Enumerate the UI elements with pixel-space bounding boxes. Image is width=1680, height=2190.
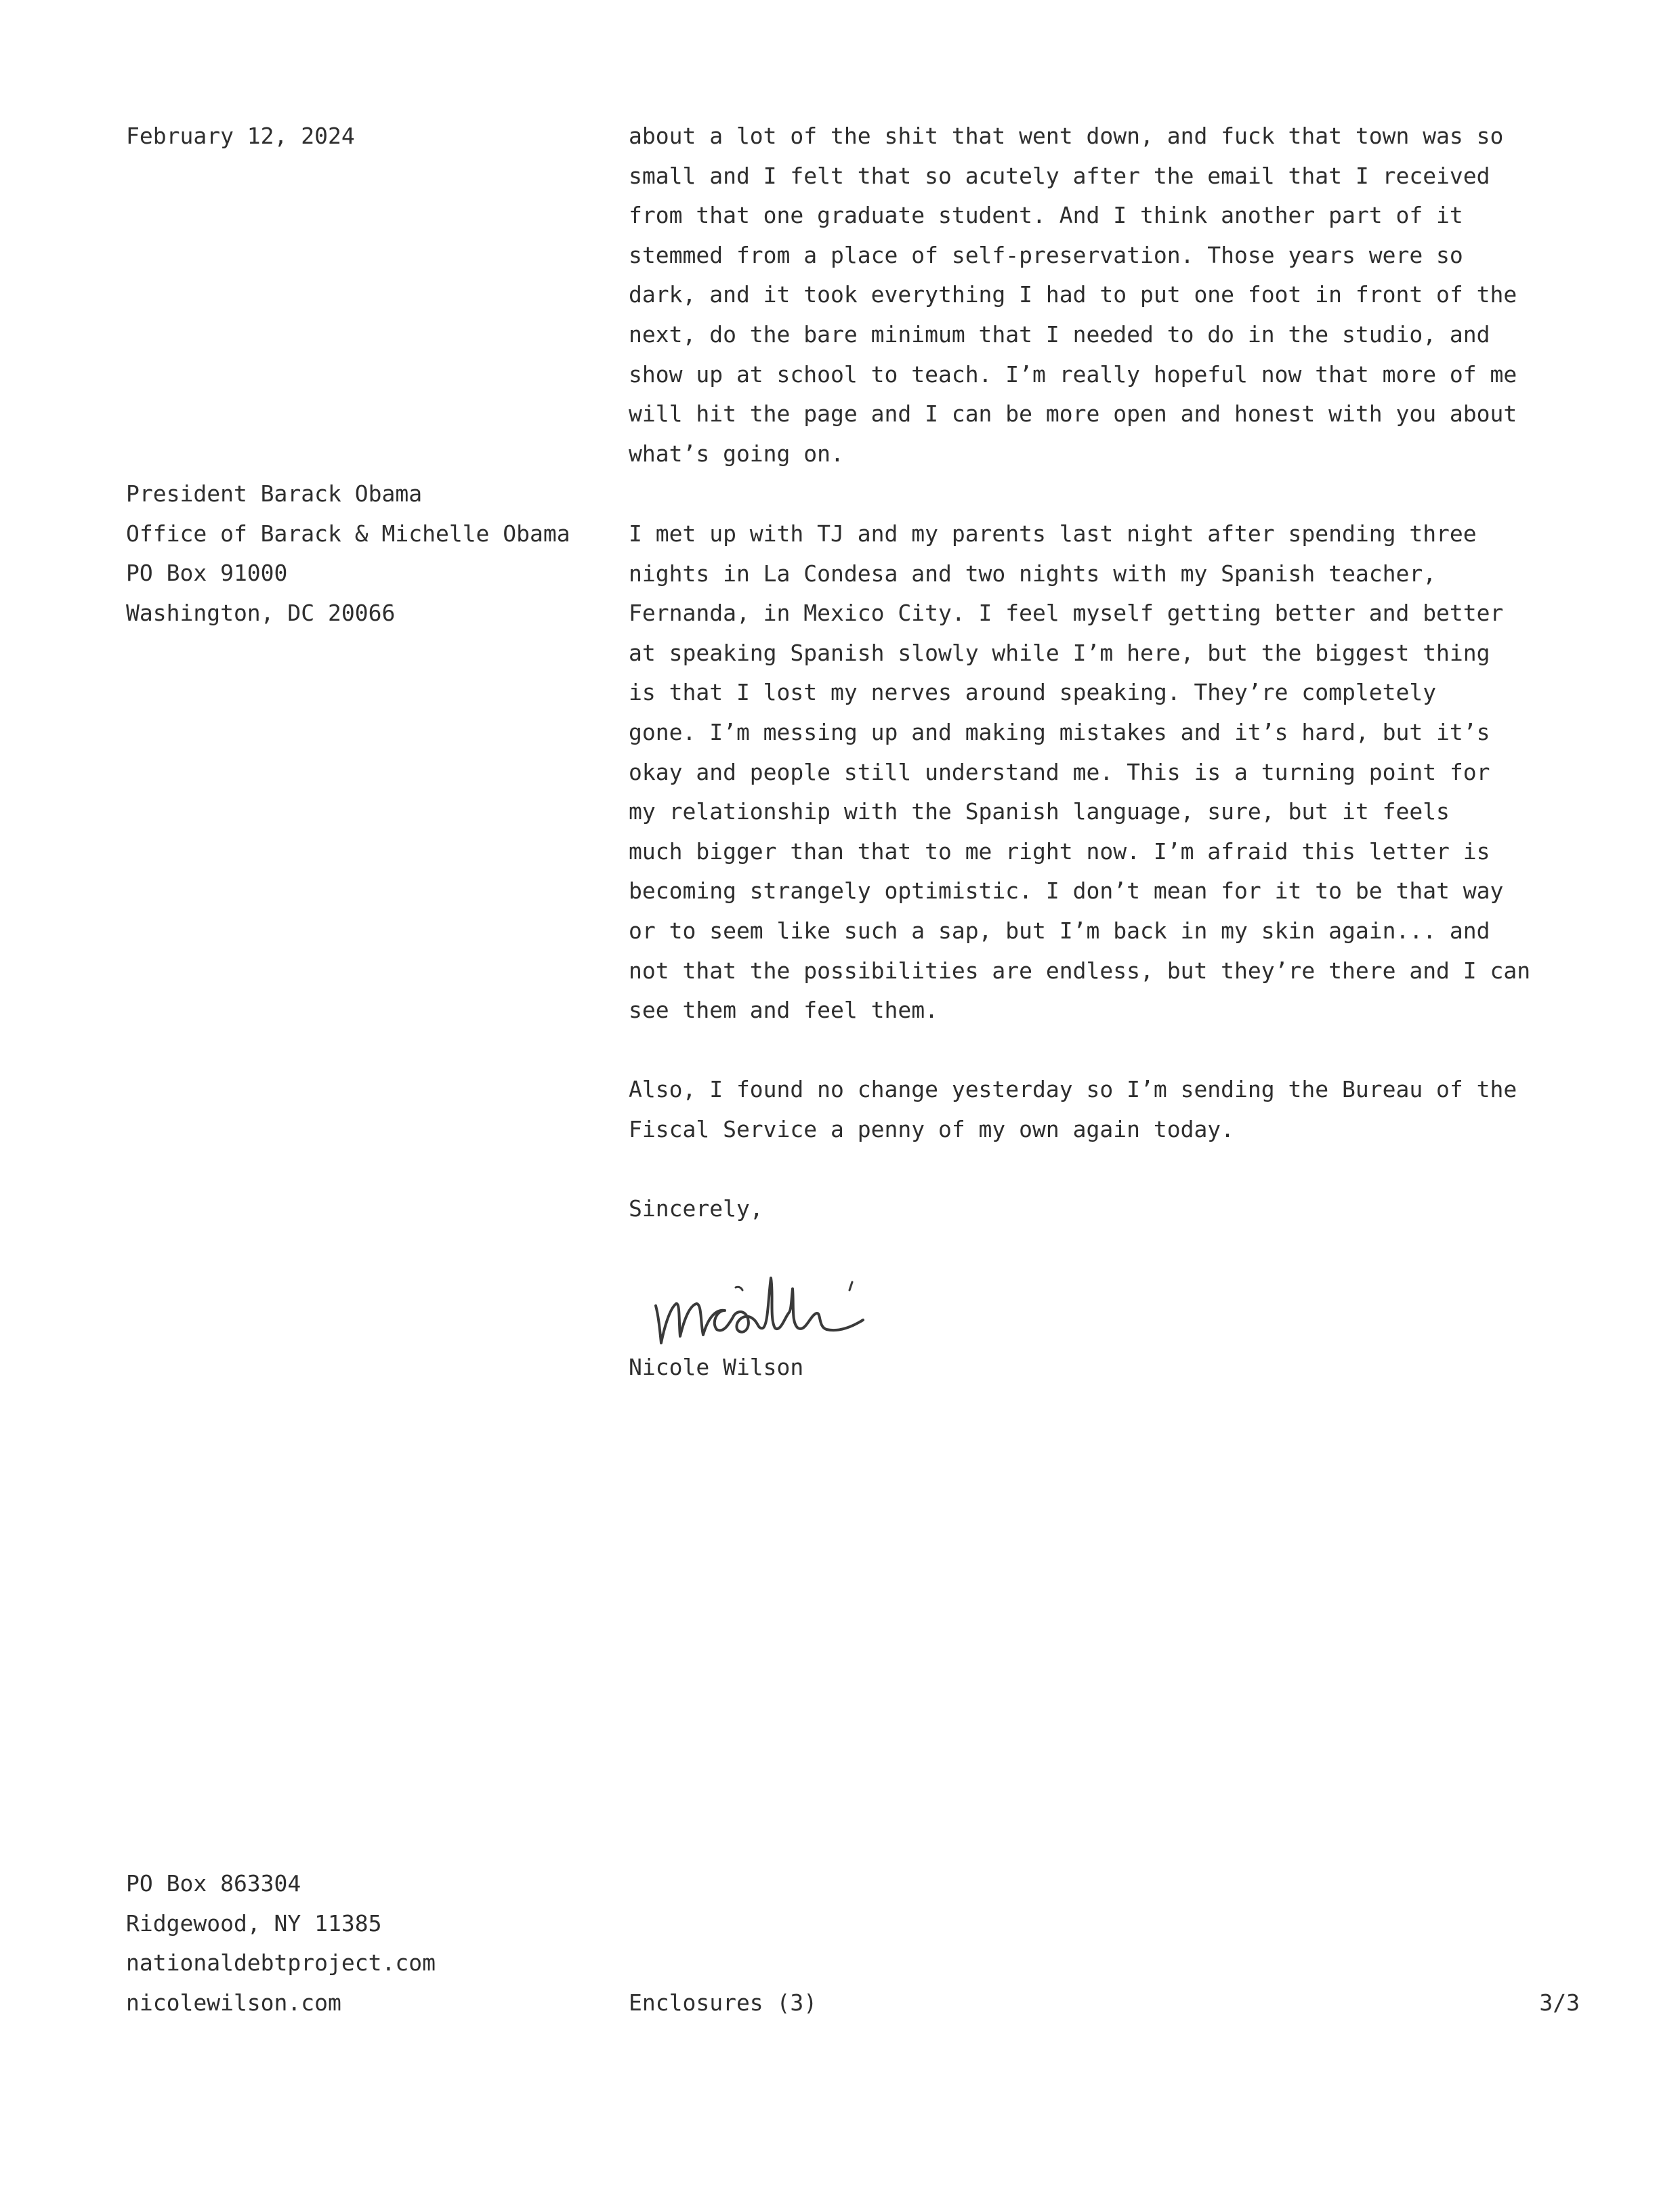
recipient-name: President Barack Obama	[126, 474, 600, 514]
recipient-address: President Barack Obama Office of Barack …	[126, 474, 600, 633]
sender-website-1: nationaldebtproject.com	[126, 1943, 600, 1983]
body-line: my relationship with the Spanish languag…	[629, 792, 1591, 832]
body-line: okay and people still understand me. Thi…	[629, 753, 1591, 793]
body-line: nights in La Condesa and two nights with…	[629, 554, 1591, 594]
body-line: stemmed from a place of self-preservatio…	[629, 236, 1591, 276]
sender-po-box: PO Box 863304	[126, 1864, 600, 1904]
body-line: about a lot of the shit that went down, …	[629, 117, 1591, 157]
body-line: show up at school to teach. I’m really h…	[629, 355, 1591, 395]
body-line: what’s going on.	[629, 434, 1591, 474]
body-line: small and I felt that so acutely after t…	[629, 157, 1591, 197]
body-line: gone. I’m messing up and making mistakes…	[629, 713, 1591, 753]
body-line: much bigger than that to me right now. I…	[629, 832, 1591, 872]
recipient-city: Washington, DC 20066	[126, 594, 600, 634]
body-paragraph-1: about a lot of the shit that went down, …	[629, 117, 1591, 474]
letter-closing: Sincerely,	[629, 1189, 1591, 1229]
body-line: see them and feel them.	[629, 991, 1591, 1031]
body-paragraph-2: I met up with TJ and my parents last nig…	[629, 514, 1591, 1031]
body-line: dark, and it took everything I had to pu…	[629, 275, 1591, 315]
body-line: Fernanda, in Mexico City. I feel myself …	[629, 594, 1591, 634]
recipient-po-box: PO Box 91000	[126, 554, 600, 594]
signature-icon	[649, 1248, 961, 1357]
enclosures-note: Enclosures (3)	[629, 1983, 817, 2023]
body-line: next, do the bare minimum that I needed …	[629, 315, 1591, 355]
sender-city: Ridgewood, NY 11385	[126, 1904, 600, 1944]
signer-block: Nicole Wilson	[629, 1348, 1591, 1388]
body-line: Fiscal Service a penny of my own again t…	[629, 1110, 1591, 1150]
body-line: or to seem like such a sap, but I’m back…	[629, 911, 1591, 951]
sender-address: PO Box 863304 Ridgewood, NY 11385 nation…	[126, 1864, 600, 2023]
body-line: at speaking Spanish slowly while I’m her…	[629, 634, 1591, 674]
body-line: I met up with TJ and my parents last nig…	[629, 514, 1591, 554]
closing-text: Sincerely,	[629, 1189, 1591, 1229]
page-number: 3/3	[1539, 1983, 1580, 2023]
letter-date: February 12, 2024	[126, 117, 600, 157]
body-paragraph-3: Also, I found no change yesterday so I’m…	[629, 1070, 1591, 1149]
body-line: not that the possibilities are endless, …	[629, 951, 1591, 991]
body-line: from that one graduate student. And I th…	[629, 196, 1591, 236]
recipient-office: Office of Barack & Michelle Obama	[126, 514, 600, 554]
body-line: Also, I found no change yesterday so I’m…	[629, 1070, 1591, 1110]
body-line: is that I lost my nerves around speaking…	[629, 673, 1591, 713]
sender-website-2: nicolewilson.com	[126, 1983, 600, 2023]
body-line: will hit the page and I can be more open…	[629, 394, 1591, 434]
body-line: becoming strangely optimistic. I don’t m…	[629, 871, 1591, 911]
date-text: February 12, 2024	[126, 117, 600, 157]
signer-name: Nicole Wilson	[629, 1348, 1591, 1388]
letter-page: February 12, 2024 President Barack Obama…	[0, 0, 1680, 2190]
